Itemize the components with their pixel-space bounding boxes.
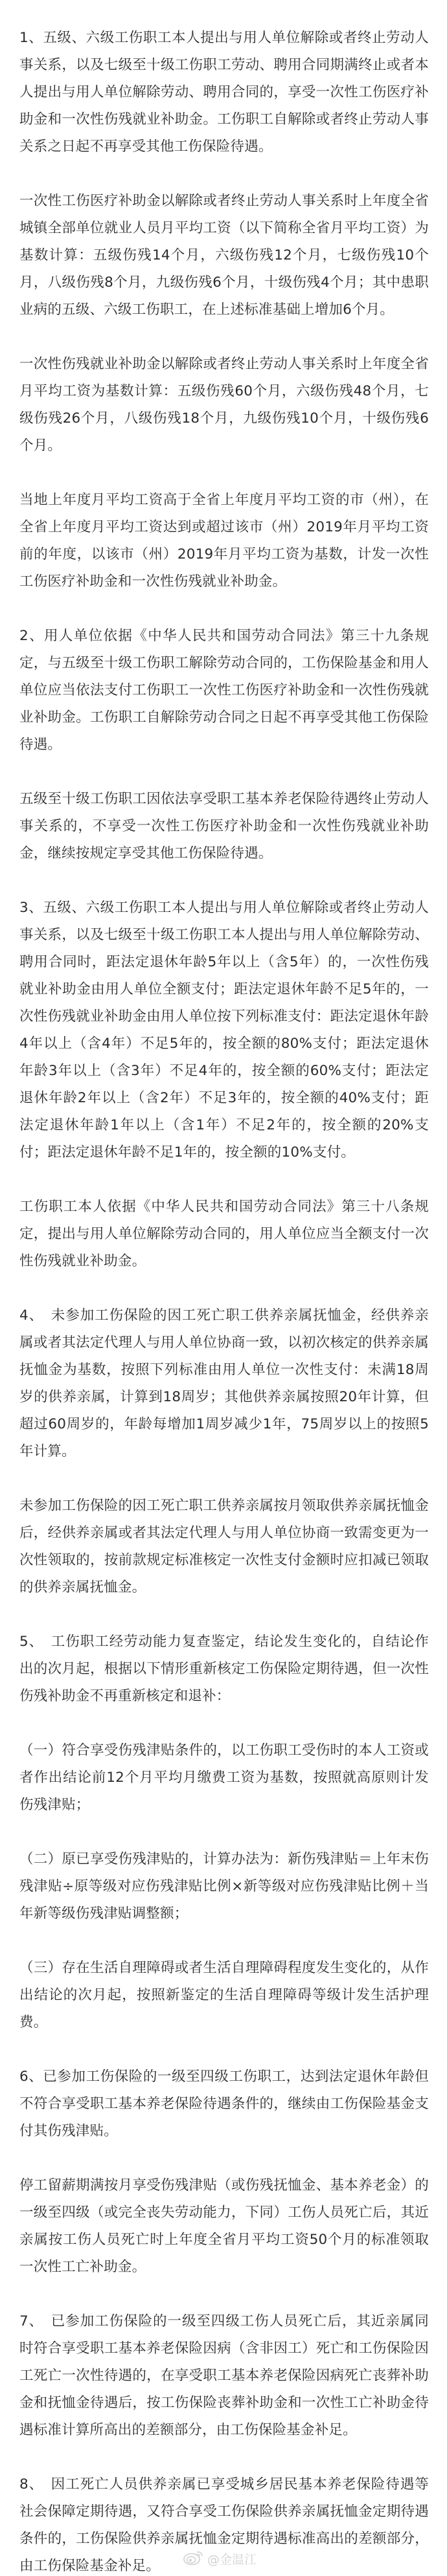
paragraph-2: 2、用人单位依据《中华人民共和国劳动合同法》第三十九条规定，与五级至十级工伤职工… xyxy=(19,623,429,759)
paragraph-5: 5、 工伤职工经劳动能力复查鉴定，结论发生变化的，自结论作出的次月起，根据以下情… xyxy=(19,1628,429,1710)
paragraph-6: 6、已参加工伤保险的一级至四级工伤职工，达到法定退休年龄但不符合享受职工基本养老… xyxy=(19,2063,429,2145)
paragraph-death-subsidy: 停工留薪期满按月享受伤残津贴（或伤残抚恤金、基本养老金）的一级至四级（或完全丧失… xyxy=(19,2172,429,2281)
paragraph-monthly-pension-change: 未参加工伤保险的因工死亡职工供养亲属按月领取供养亲属抚恤金后，经供养亲属或者其法… xyxy=(19,1493,429,1601)
paragraph-7: 7、 已参加工伤保险的一级至四级工伤人员死亡后，其近亲属同时符合享受职工基本养老… xyxy=(19,2308,429,2444)
paragraph-employment-subsidy: 一次性伤残就业补助金以解除或者终止劳动人事关系时上年度全省月平均工资为基数计算：… xyxy=(19,351,429,460)
paragraph-pension-termination: 五级至十级工伤职工因依法享受职工基本养老保险待遇终止劳动人事关系的，不享受一次性… xyxy=(19,786,429,867)
watermark: @金温江 xyxy=(183,2549,257,2569)
paragraph-5-item-1: （一）符合享受伤残津贴条件的，以工伤职工受伤时的本人工资或者作出结论前12个月平… xyxy=(19,1737,429,1819)
paragraph-article-38: 工伤职工本人依据《中华人民共和国劳动合同法》第三十八条规定，提出与用人单位解除劳… xyxy=(19,1194,429,1275)
paragraph-medical-subsidy: 一次性工伤医疗补助金以解除或者终止劳动人事关系时上年度全省城镇全部单位就业人员月… xyxy=(19,188,429,324)
paragraph-local-wage: 当地上年度月平均工资高于全省上年度月平均工资的市（州），在全省上年度月平均工资达… xyxy=(19,487,429,595)
document-body: 1、五级、六级工伤职工本人提出与用人单位解除或者终止劳动人事关系，以及七级至十级… xyxy=(0,0,447,2576)
weibo-icon xyxy=(183,2549,205,2569)
paragraph-1: 1、五级、六级工伤职工本人提出与用人单位解除或者终止劳动人事关系，以及七级至十级… xyxy=(19,25,429,161)
paragraph-5-item-2: （二）原已享受伤残津贴的，计算办法为：新伤残津贴＝上年末伤残津贴÷原等级对应伤残… xyxy=(19,1846,429,1927)
paragraph-5-item-3: （三）存在生活自理障碍或者生活自理障碍程度发生变化的，从作出结论的次月起，按照新… xyxy=(19,1955,429,2036)
paragraph-4: 4、 未参加工伤保险的因工死亡职工供养亲属抚恤金，经供养亲属或者其法定代理人与用… xyxy=(19,1302,429,1465)
paragraph-3: 3、五级、六级工伤职工本人提出与用人单位解除或者终止劳动人事关系，以及七级至十级… xyxy=(19,894,429,1166)
watermark-text: @金温江 xyxy=(207,2550,257,2568)
